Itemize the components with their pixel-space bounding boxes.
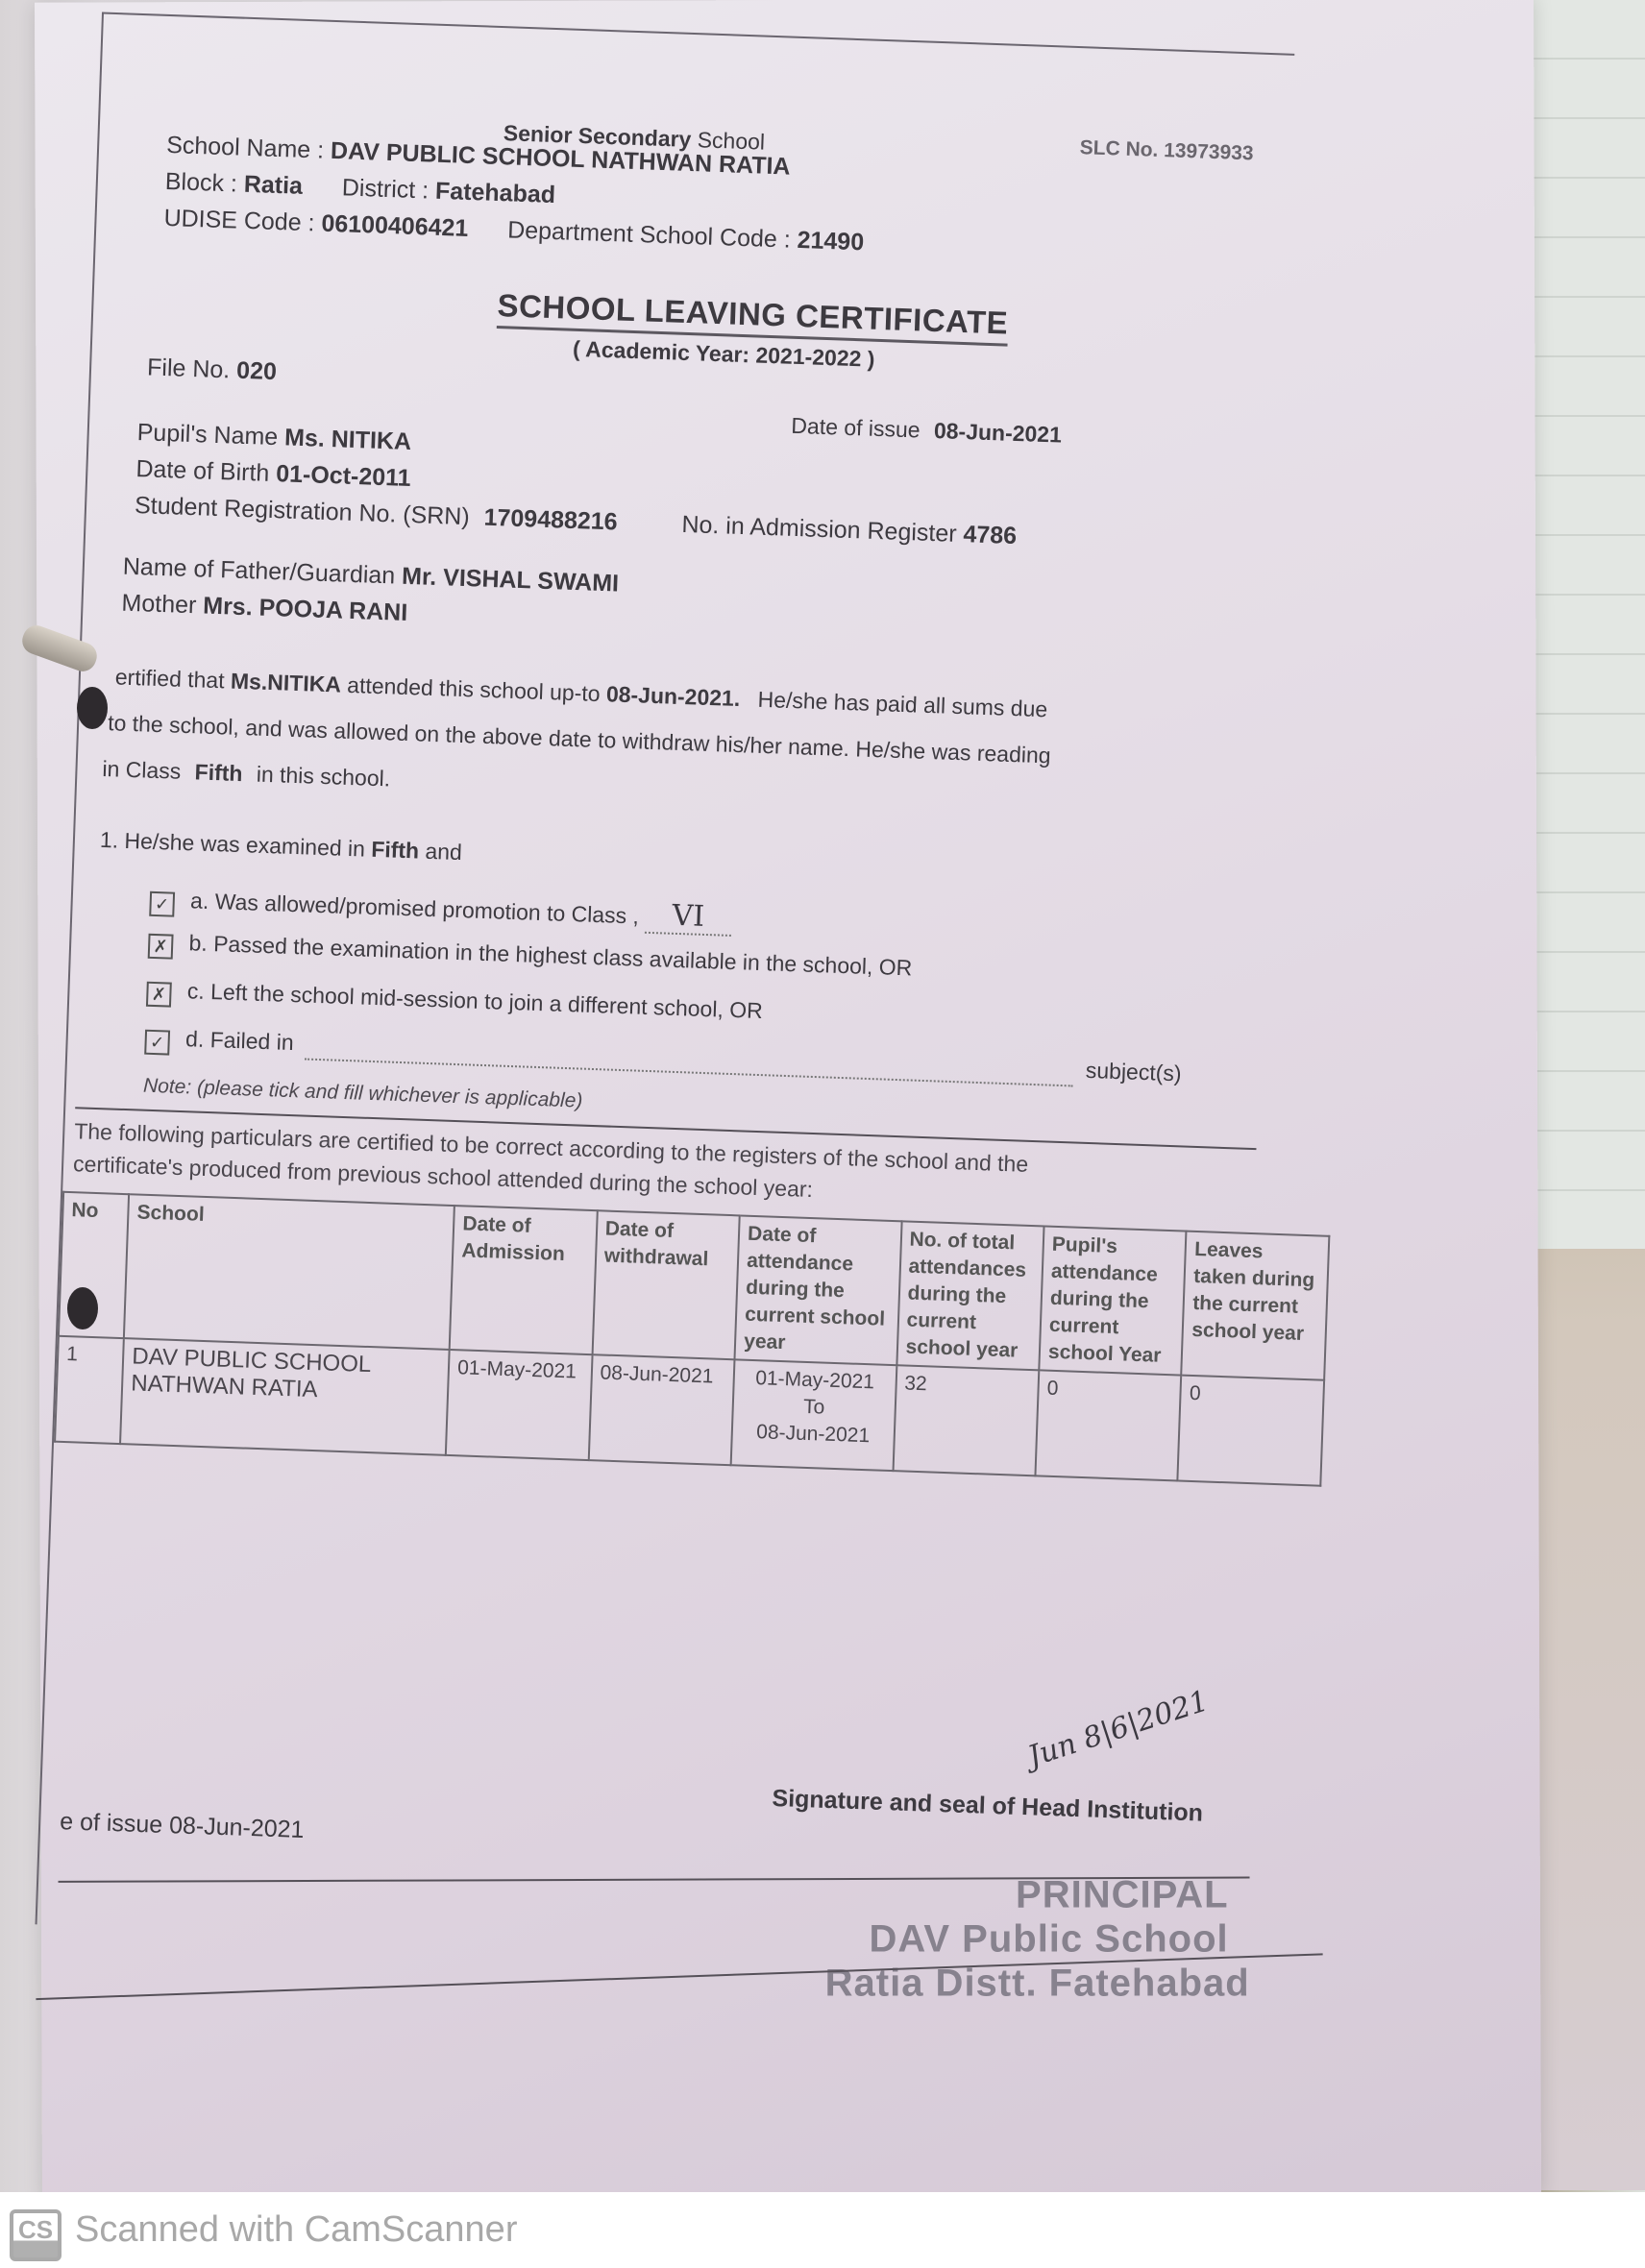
district-value: Fatehabad: [435, 178, 556, 208]
examined-line: 1. He/she was examined in Fifth and: [99, 827, 462, 866]
principal-stamp: PRINCIPAL DAV Public School Ratia Distt.…: [825, 1872, 1229, 2005]
option-c: ✗ c. Left the school mid-session to join…: [146, 977, 763, 1028]
checkbox-d[interactable]: ✓: [144, 1030, 170, 1056]
checkbox-a[interactable]: ✓: [149, 891, 175, 917]
slc-number: SLC No. 13973933: [1079, 136, 1254, 165]
certification-line-3: in Class Fifth in this school.: [102, 756, 391, 792]
srn-line: Student Registration No. (SRN) 170948821…: [135, 492, 1018, 550]
certification-line-2: to the school, and was allowed on the ab…: [108, 710, 1051, 768]
dept-code-value: 21490: [797, 227, 864, 256]
option-b: ✗ b. Passed the examination in the highe…: [148, 929, 913, 986]
note: Note: (please tick and fill whichever is…: [143, 1075, 583, 1113]
academic-year: ( Academic Year: 2021-2022 ): [573, 336, 875, 373]
file-number: File No. 020: [147, 354, 278, 386]
udise-value: 06100406421: [321, 210, 469, 242]
promoted-class: VI: [645, 898, 732, 937]
dob-value: 01-Oct-2011: [276, 460, 411, 492]
school-name-label: School Name :: [166, 132, 325, 164]
particulars-table: No School Date of Admission Date of with…: [54, 1191, 1330, 1487]
handwritten-signature: Jun 8|6|2021: [1024, 1684, 1213, 1774]
father-name: Mr. VISHAL SWAMI: [402, 563, 620, 597]
certificate-paper: School Name : DAV PUBLIC SCHOOL NATHWAN …: [35, 0, 1541, 2192]
checkbox-b[interactable]: ✗: [148, 934, 174, 960]
pupil-name-line: Pupil's Name Ms. NITIKA: [136, 419, 411, 456]
signature-label: Signature and seal of Head Institution: [772, 1785, 1203, 1828]
block-value: Ratia: [243, 171, 303, 200]
failed-subjects-field: [305, 1033, 1074, 1087]
mother-name: Mrs. POOJA RANI: [203, 593, 408, 626]
srn-value: 1709488216: [483, 504, 618, 536]
punch-hole-bottom: [67, 1287, 98, 1329]
mother-line: Mother Mrs. POOJA RANI: [121, 590, 408, 627]
camscanner-logo-icon: CS: [10, 2209, 61, 2261]
document-photo: School Name : DAV PUBLIC SCHOOL NATHWAN …: [0, 0, 1645, 2192]
admission-register-value: 4786: [963, 521, 1018, 549]
block-district-line: Block : Ratia District : Fatehabad: [164, 168, 555, 209]
pupil-name: Ms. NITIKA: [284, 424, 412, 455]
checkbox-c[interactable]: ✗: [146, 982, 172, 1008]
certificate-border: School Name : DAV PUBLIC SCHOOL NATHWAN …: [36, 12, 1295, 1965]
option-a: ✓ a. Was allowed/promised promotion to C…: [149, 881, 732, 937]
camscanner-watermark: Scanned with CamScanner: [75, 2209, 517, 2251]
punch-hole-top: [77, 687, 108, 729]
udise-line: UDISE Code : 06100406421 Department Scho…: [163, 205, 865, 256]
issue-date-footer: e of issue 08-Jun-2021: [60, 1808, 305, 1844]
date-of-issue: Date of issue 08-Jun-2021: [791, 413, 1062, 449]
certification-line-1: ertified that Ms.NITIKA attended this sc…: [114, 664, 1047, 722]
dob-line: Date of Birth 01-Oct-2011: [135, 455, 411, 493]
